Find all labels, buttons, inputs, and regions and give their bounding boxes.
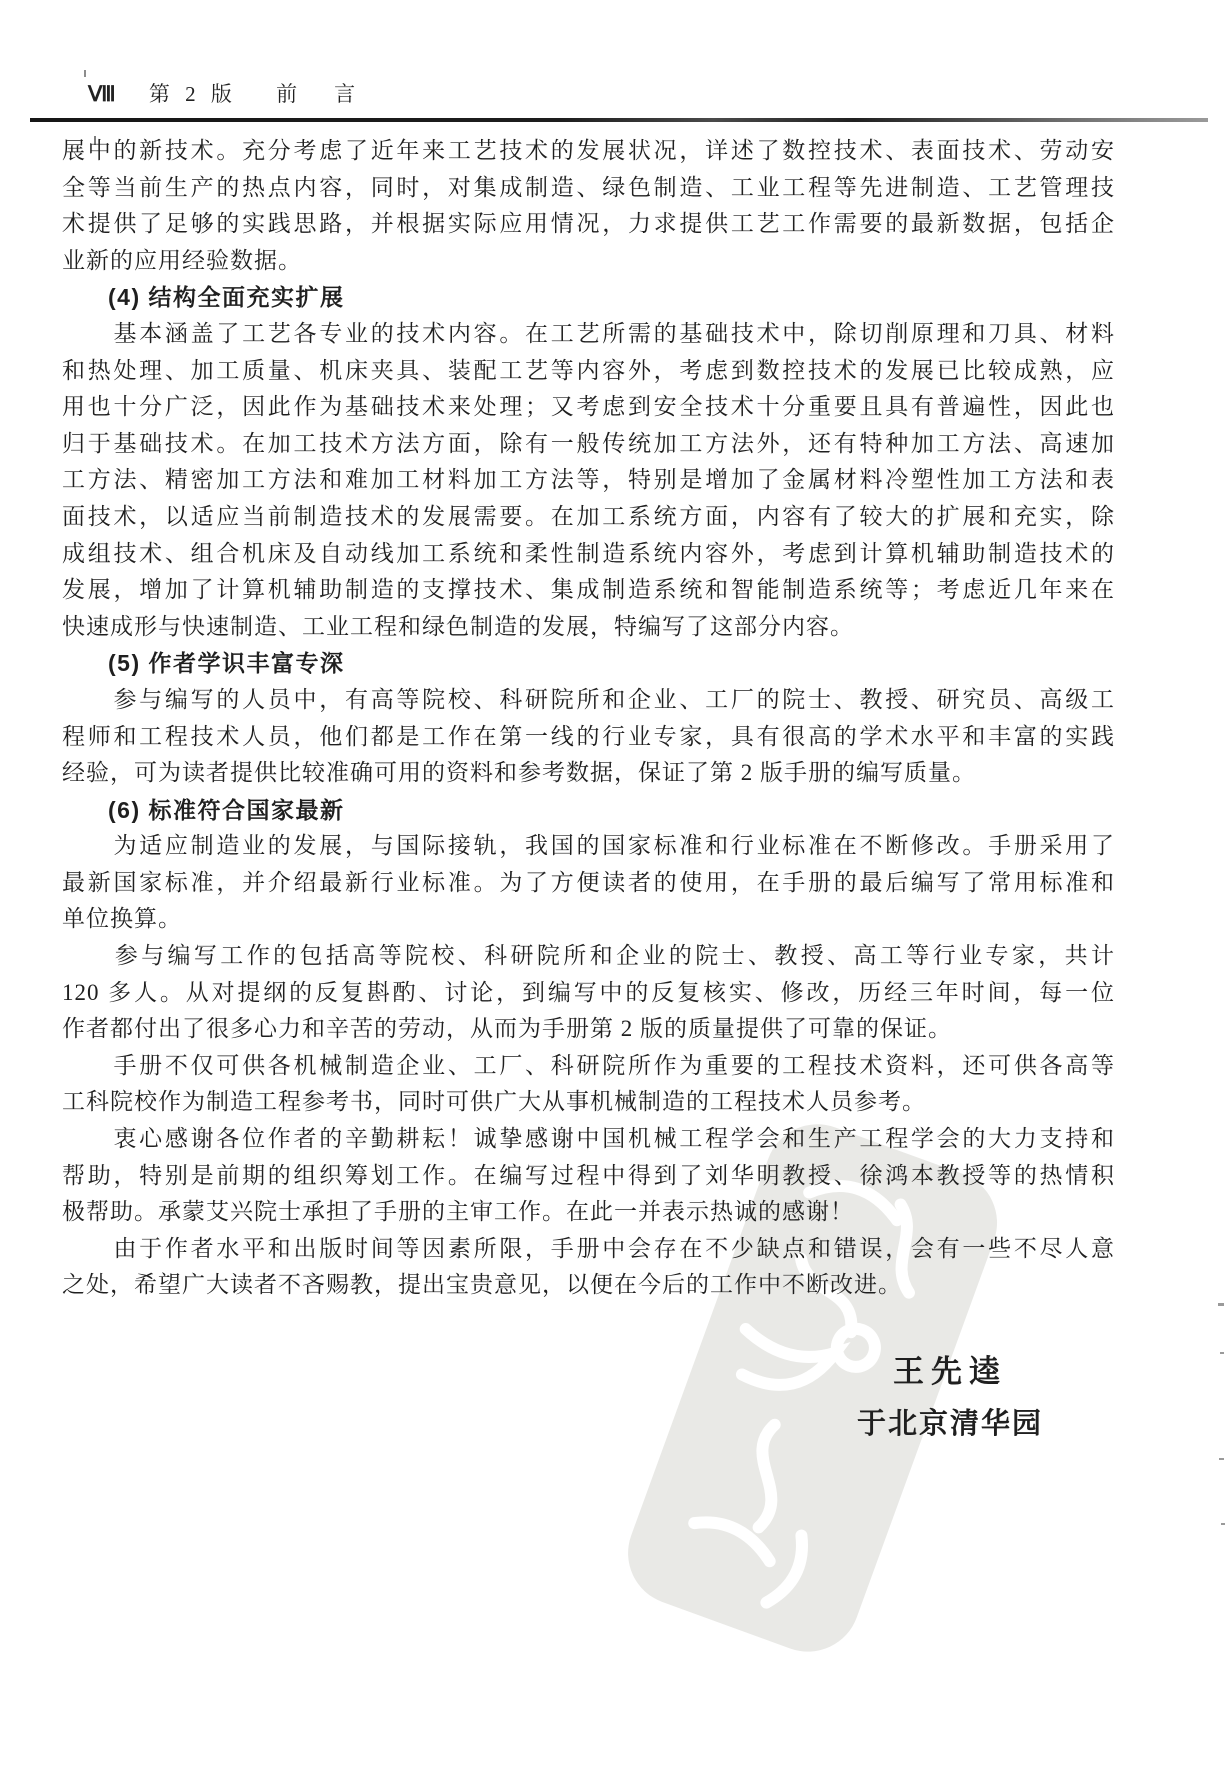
text-line: 成组技术、组合机床及自动线加工系统和柔性制造系统内容外，考虑到计算机辅助制造技术… <box>62 536 1115 573</box>
scan-artifact <box>1220 1352 1224 1354</box>
text-line: 极帮助。承蒙艾兴院士承担了手册的主审工作。在此一并表示热诚的感谢！ <box>62 1194 1115 1231</box>
text-line: 之处，希望广大读者不吝赐教，提出宝贵意见，以便在今后的工作中不断改进。 <box>62 1267 1115 1304</box>
text-line: 和热处理、加工质量、机床夹具、装配工艺等内容外，考虑到数控技术的发展已比较成熟，… <box>62 353 1115 390</box>
text-line: 术提供了足够的实践思路，并根据实际应用情况，力求提供工艺工作需要的最新数据，包括… <box>62 206 1115 243</box>
text-line: 工科院校作为制造工程参考书，同时可供广大从事机械制造的工程技术人员参考。 <box>62 1084 1115 1121</box>
signature-place: 于北京清华园 <box>780 1401 1120 1442</box>
text-line: 面技术，以适应当前制造技术的发展需要。在加工系统方面，内容有了较大的扩展和充实，… <box>62 499 1115 536</box>
text-line: 作者都付出了很多心力和辛苦的劳动，从而为手册第 2 版的质量提供了可靠的保证。 <box>62 1011 1115 1048</box>
section-heading: (4) 结构全面充实扩展 <box>62 279 1115 316</box>
preface-title: 前 言 <box>276 78 363 108</box>
text-line: 经验，可为读者提供比较准确可用的资料和参考数据，保证了第 2 版手册的编写质量。 <box>62 755 1115 792</box>
text-line: 用也十分广泛，因此作为基础技术来处理；又考虑到安全技术十分重要且具有普遍性，因此… <box>62 389 1115 426</box>
text-line: 由于作者水平和出版时间等因素所限，手册中会存在不少缺点和错误，会有一些不尽人意 <box>62 1231 1115 1268</box>
text-line: 程师和工程技术人员，他们都是工作在第一线的行业专家，具有很高的学术水平和丰富的实… <box>62 719 1115 756</box>
text-line: 归于基础技术。在加工技术方法方面，除有一般传统加工方法外，还有特种加工方法、高速… <box>62 426 1115 463</box>
text-line: 发展，增加了计算机辅助制造的支撑技术、集成制造系统和智能制造系统等；考虑近几年来… <box>62 572 1115 609</box>
text-line: 参与编写的人员中，有高等院校、科研院所和企业、工厂的院士、教授、研究员、高级工 <box>62 682 1115 719</box>
text-line: 120 多人。从对提纲的反复斟酌、讨论，到编写中的反复核实、修改，历经三年时间，… <box>62 975 1115 1012</box>
scanned-book-page: Ⅷ 第 2 版 前 言 展中的新技术。充分考虑了近年来工艺技术的发展状况，详述了… <box>0 0 1228 1792</box>
text-line: 衷心感谢各位作者的辛勤耕耘！诚挚感谢中国机械工程学会和生产工程学会的大力支持和 <box>62 1121 1115 1158</box>
text-line: 手册不仅可供各机械制造企业、工厂、科研院所作为重要的工程技术资料，还可供各高等 <box>62 1048 1115 1085</box>
text-line: 帮助，特别是前期的组织筹划工作。在编写过程中得到了刘华明教授、徐鸿本教授等的热情… <box>62 1158 1115 1195</box>
text-line: 单位换算。 <box>62 901 1115 938</box>
text-line: 参与编写工作的包括高等院校、科研院所和企业的院士、教授、高工等行业专家，共计 <box>62 938 1115 975</box>
text-line: 最新国家标准，并介绍最新行业标准。为了方便读者的使用，在手册的最后编写了常用标准… <box>62 865 1115 902</box>
scan-artifact <box>1219 1458 1224 1460</box>
preface-body: 展中的新技术。充分考虑了近年来工艺技术的发展状况，详述了数控技术、表面技术、劳动… <box>62 133 1115 1304</box>
text-line: 全等当前生产的热点内容，同时，对集成制造、绿色制造、工业工程等先进制造、工艺管理… <box>62 170 1115 207</box>
edition-label: 第 2 版 <box>149 78 237 108</box>
text-line: 业新的应用经验数据。 <box>62 243 1115 280</box>
page-header: Ⅷ 第 2 版 前 言 <box>88 78 363 108</box>
scan-artifact <box>1221 1523 1225 1525</box>
page-number: Ⅷ <box>88 82 116 107</box>
signature-name: 王先逵 <box>780 1346 1120 1391</box>
text-line: 工方法、精密加工方法和难加工材料加工方法等，特别是增加了金属材料冷塑性加工方法和… <box>62 462 1115 499</box>
signature-block: 王先逵 于北京清华园 <box>780 1346 1120 1442</box>
text-line: 为适应制造业的发展，与国际接轨，我国的国家标准和行业标准在不断修改。手册采用了 <box>62 828 1115 865</box>
text-line: 展中的新技术。充分考虑了近年来工艺技术的发展状况，详述了数控技术、表面技术、劳动… <box>62 133 1115 170</box>
section-heading: (5) 作者学识丰富专深 <box>62 645 1115 682</box>
text-line: 快速成形与快速制造、工业工程和绿色制造的发展，特编写了这部分内容。 <box>62 609 1115 646</box>
scan-artifact <box>84 70 86 77</box>
section-heading: (6) 标准符合国家最新 <box>62 792 1115 829</box>
text-line: 基本涵盖了工艺各专业的技术内容。在工艺所需的基础技术中，除切削原理和刀具、材料 <box>62 316 1115 353</box>
scan-artifact <box>1218 1303 1224 1306</box>
header-rule <box>30 118 1208 122</box>
